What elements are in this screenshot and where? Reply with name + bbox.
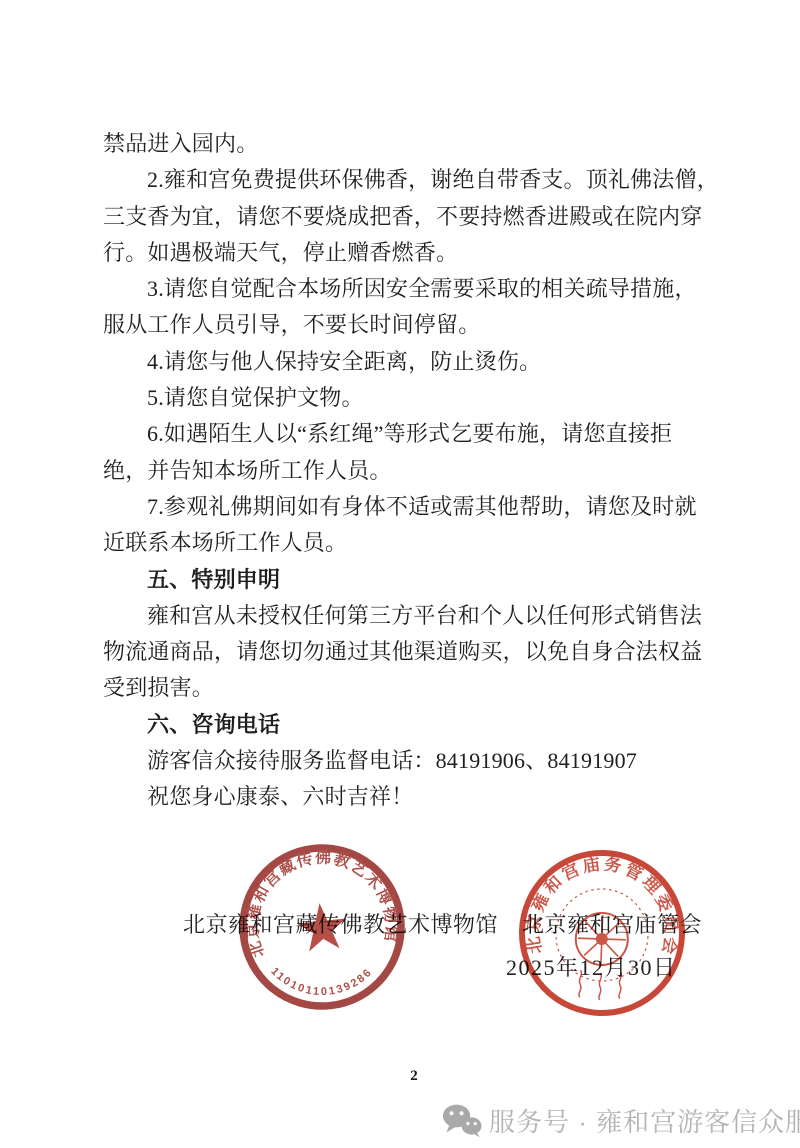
document-line: 近联系本场所工作人员。 xyxy=(103,525,703,561)
document-line: 2.雍和宫免费提供环保佛香，谢绝自带香支。顶礼佛法僧， xyxy=(103,162,703,198)
document-line: 三支香为宜，请您不要烧成把香，不要持燃香进殿或在院内穿 xyxy=(103,199,703,235)
document-line: 绝，并告知本场所工作人员。 xyxy=(103,453,703,489)
document-line: 祝您身心康泰、六时吉祥！ xyxy=(103,779,703,815)
document-line: 6.如遇陌生人以“系红绳”等形式乞要布施，请您直接拒 xyxy=(103,416,703,452)
document-line: 物流通商品，请您切勿通过其他渠道购买，以免自身合法权益 xyxy=(103,634,703,670)
dharma-wheel-icon xyxy=(575,912,629,966)
document-line: 4.请您与他人保持安全距离，防止烫伤。 xyxy=(103,344,703,380)
section-heading: 六、咨询电话 xyxy=(103,707,703,743)
document-line: 5.请您自觉保护文物。 xyxy=(103,380,703,416)
section-heading: 五、特别申明 xyxy=(103,562,703,598)
page-number: 2 xyxy=(402,1068,426,1085)
document-line: 游客信众接待服务监督电话：84191906、84191907 xyxy=(103,743,703,779)
footer-bar: 服务号 · 雍和宫游客信众服务 xyxy=(442,1102,800,1139)
scanned-notice-page: 禁品进入园内。 2.雍和宫免费提供环保佛香，谢绝自带香支。顶礼佛法僧， 三支香为… xyxy=(0,0,800,1148)
seal-script-marks xyxy=(579,970,622,1000)
document-line: 雍和宫从未授权任何第三方平台和个人以任何形式销售法 xyxy=(103,598,703,634)
wechat-icon xyxy=(442,1103,482,1138)
document-line: 行。如遇极端天气，停止赠香燃香。 xyxy=(103,235,703,271)
notice-body: 禁品进入园内。 2.雍和宫免费提供环保佛香，谢绝自带香支。顶礼佛法僧， 三支香为… xyxy=(103,126,703,816)
museum-seal: 北京雍和宫藏传佛教艺术博物馆 11010110139286 xyxy=(232,837,412,1017)
document-line: 7.参观礼佛期间如有身体不适或需其他帮助，请您及时就 xyxy=(103,489,703,525)
document-line: 服从工作人员引导，不要长时间停留。 xyxy=(103,307,703,343)
document-line: 受到损害。 xyxy=(103,670,703,706)
star-icon xyxy=(295,901,349,953)
document-line: 3.请您自觉配合本场所因安全需要采取的相关疏导措施， xyxy=(103,271,703,307)
document-line: 禁品进入园内。 xyxy=(103,126,703,162)
footer-service-label: 服务号 · 雍和宫游客信众服务 xyxy=(489,1102,800,1139)
temple-committee-seal: 北京雍和宫庙务管理委员会 xyxy=(512,843,692,1023)
